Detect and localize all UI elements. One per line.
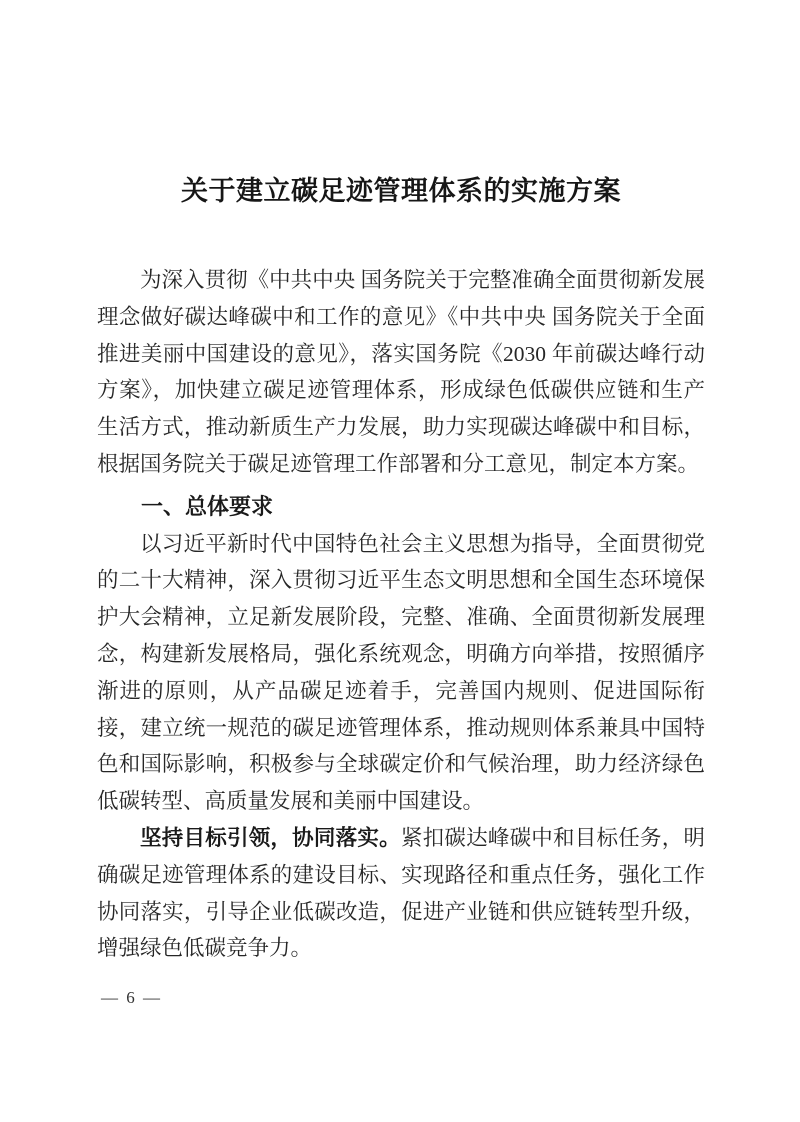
paragraph-goal-leading: 坚持目标引领，协同落实。紧扣碳达峰碳中和目标任务，明确碳足迹管理体系的建设目标、… (97, 820, 705, 967)
section-heading-overall-requirements: 一、总体要求 (97, 489, 705, 526)
document-title: 关于建立碳足迹管理体系的实施方案 (97, 171, 705, 211)
paragraph-intro: 为深入贯彻《中共中央 国务院关于完整准确全面贯彻新发展理念做好碳达峰碳中和工作的… (97, 262, 705, 483)
page-number: — 6 — (101, 988, 162, 1007)
document-page: 关于建立碳足迹管理体系的实施方案 为深入贯彻《中共中央 国务院关于完整准确全面贯… (0, 0, 800, 1122)
paragraph-guiding-ideology: 以习近平新时代中国特色社会主义思想为指导，全面贯彻党的二十大精神，深入贯彻习近平… (97, 526, 705, 820)
document-content: 关于建立碳足迹管理体系的实施方案 为深入贯彻《中共中央 国务院关于完整准确全面贯… (97, 171, 705, 967)
paragraph-bold-lead: 坚持目标引领，协同落实。 (140, 826, 401, 850)
page-footer: — 6 — (101, 988, 162, 1008)
